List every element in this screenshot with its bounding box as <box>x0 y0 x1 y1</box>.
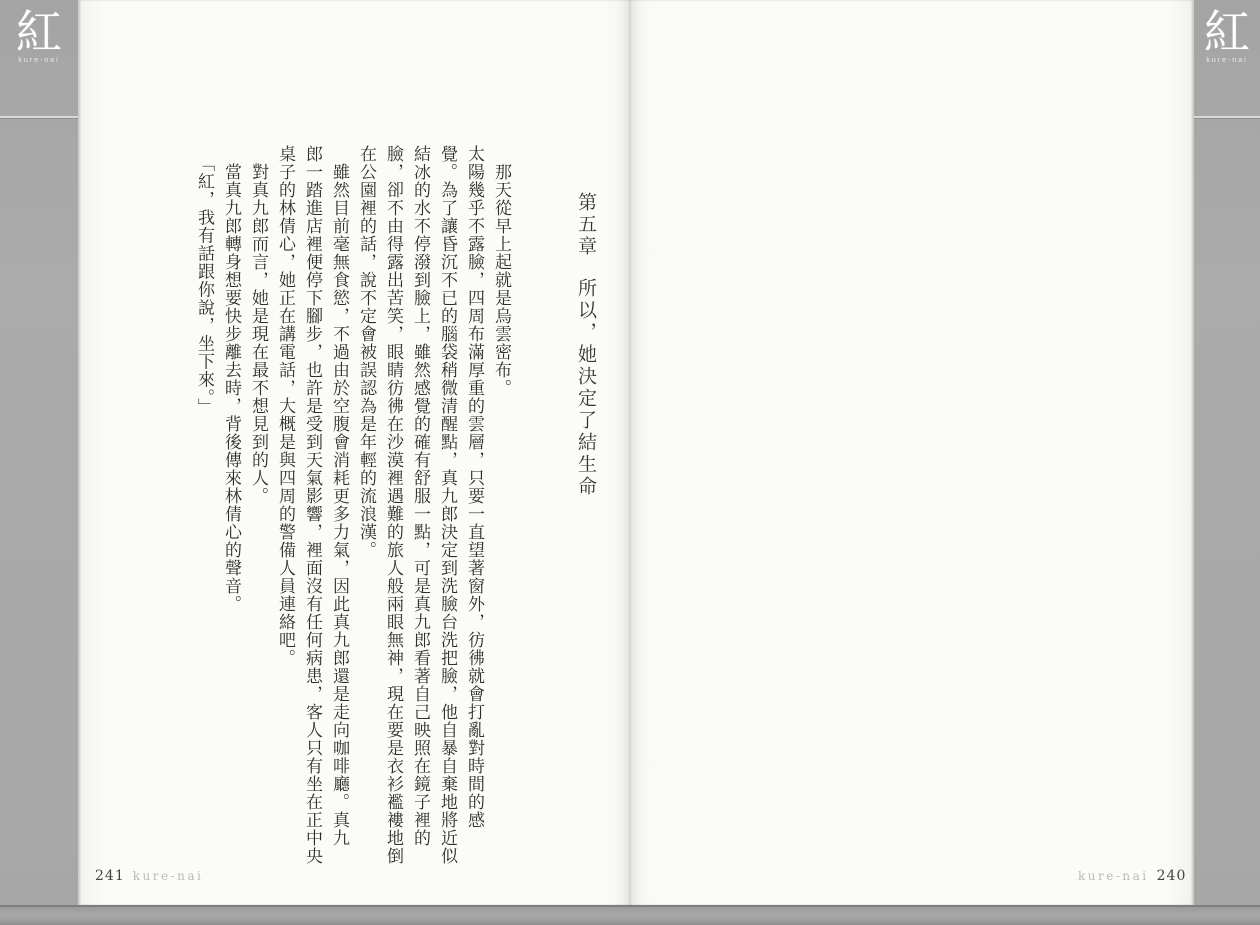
body-line: 雖然目前毫無食慾，不過由於空腹會消耗更多力氣，因此真九郎還是走向咖啡廳。真九 <box>326 145 353 905</box>
chapter-heading: 第五章所以，她決定了結生命 <box>572 192 598 522</box>
scan-bottom-edge <box>0 905 1260 925</box>
right-margin-band: 紅 kure-nai <box>1194 0 1260 925</box>
body-line: 那天從早上起就是烏雲密布。 <box>488 145 515 905</box>
page-footer-right: kure-nai240 <box>1078 867 1186 885</box>
body-line: 「紅，我有話跟你說，坐下來。」 <box>191 145 218 905</box>
body-line: 對真九郎而言，她是現在最不想見到的人。 <box>245 145 272 905</box>
page-number-left: 241 <box>95 868 125 884</box>
band-rule-right <box>1194 116 1260 118</box>
body-line: 覺。為了讓昏沉不已的腦袋稍微清醒點，真九郎決定到洗臉台洗把臉，他自暴自棄地將近似 <box>434 145 461 905</box>
kurenai-logo-character: 紅 <box>0 10 78 56</box>
chapter-number: 第五章 <box>575 192 596 258</box>
body-line: 太陽幾乎不露臉，四周布滿厚重的雲層，只要一直望著窗外，彷彿就會打亂對時間的感 <box>461 145 488 905</box>
page-number-right: 240 <box>1157 868 1187 884</box>
kurenai-logo-top-left: 紅 kure-nai <box>0 10 78 64</box>
left-margin-band: 紅 kure-nai <box>0 0 78 925</box>
body-line: 桌子的林倩心，她正在講電話，大概是與四周的警備人員連絡吧。 <box>272 145 299 905</box>
page-footer-left: 241kure-nai <box>95 867 203 885</box>
band-rule-left <box>0 116 78 118</box>
kurenai-logo-subtitle: kure-nai <box>0 57 78 64</box>
body-line: 結冰的水不停潑到臉上，雖然感覺的確有舒服一點，可是真九郎看著自己映照在鏡子裡的 <box>407 145 434 905</box>
kurenai-logo-character: 紅 <box>1194 10 1260 56</box>
body-line: 在公園裡的話，說不定會被誤認為是年輕的流浪漢。 <box>353 145 380 905</box>
body-line: 臉，卻不由得露出苦笑，眼睛彷彿在沙漠裡遇難的旅人般兩眼無神，現在要是衣衫襤褸地倒 <box>380 145 407 905</box>
chapter-title: 所以，她決定了結生命 <box>575 278 596 498</box>
body-line: 郎一踏進店裡便停下腳步，也許是受到天氣影響，裡面沒有任何病患，客人只有坐在正中央 <box>299 145 326 905</box>
running-title-left: kure-nai <box>133 869 204 883</box>
kurenai-logo-top-right: 紅 kure-nai <box>1194 10 1260 64</box>
running-title-right: kure-nai <box>1078 869 1149 883</box>
body-text: 那天從早上起就是烏雲密布。太陽幾乎不露臉，四周布滿厚重的雲層，只要一直望著窗外，… <box>191 145 515 905</box>
kurenai-logo-subtitle: kure-nai <box>1194 57 1260 64</box>
body-line: 當真九郎轉身想要快步離去時，背後傳來林倩心的聲音。 <box>218 145 245 905</box>
page-241: 第五章所以，她決定了結生命 那天從早上起就是烏雲密布。太陽幾乎不露臉，四周布滿厚… <box>78 0 630 905</box>
page-240: 理津究竟向上帝祈禱什麼呢？ <box>630 0 1194 905</box>
book-spread-scan: 紅 kure-nai 紅 kure-nai 理津究竟向上帝祈禱什麼呢？ 第五章所… <box>0 0 1260 925</box>
